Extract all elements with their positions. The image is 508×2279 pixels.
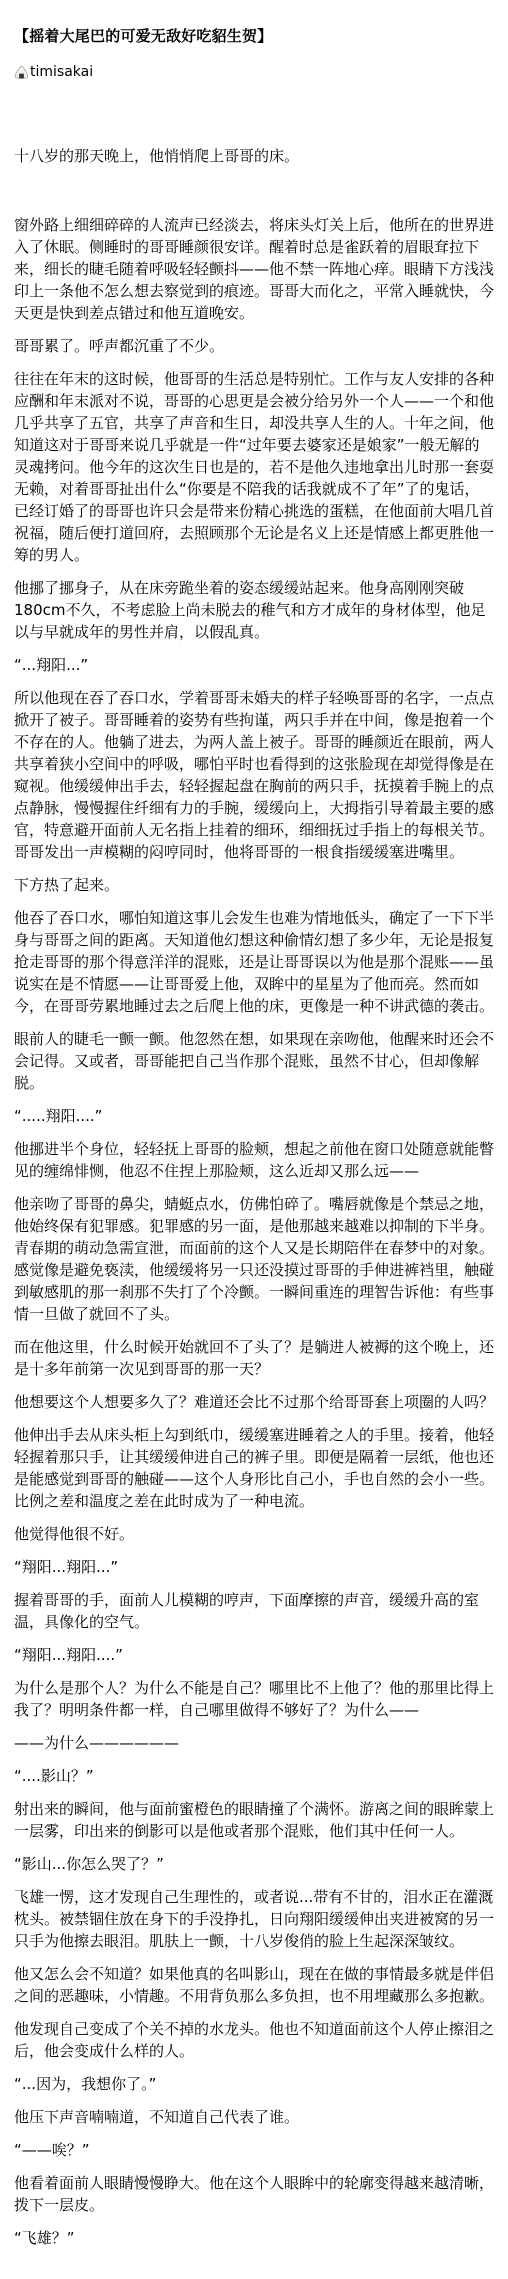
story-paragraph: ——为什么—————— (14, 1732, 494, 1754)
story-paragraph: 他压下声音喃喃道，不知道自己代表了谁。 (14, 2106, 494, 2128)
story-paragraph: 十八岁的那天晚上，他悄悄爬上哥哥的床。 (14, 145, 494, 167)
onigiri-icon (14, 65, 29, 80)
story-paragraph: 他吞了吞口水，哪怕知道这事儿会发生也难为情地低头，确定了一下下半身与哥哥之间的距… (14, 907, 494, 1017)
story-paragraph: 握着哥哥的手，面前人儿模糊的哼声，下面摩擦的声音，缓缓升高的室温，具像化的空气。 (14, 1589, 494, 1633)
story-paragraph: 哥哥累了。呼声都沉重了不少。 (14, 335, 494, 357)
story-paragraph: 他伸出手去从床头柜上勾到纸巾，缓缓塞进睡着之人的手里。接着，他轻轻握着那只手，让… (14, 1424, 494, 1512)
story-paragraph: 他亲吻了哥哥的鼻尖，蜻蜓点水，仿佛怕碎了。嘴唇就像是个禁忌之地，他始终保有犯罪感… (14, 1193, 494, 1325)
story-paragraph: 窗外路上细细碎碎的人流声已经淡去，将床头灯关上后，他所在的世界进入了休眠。侧睡时… (14, 214, 494, 324)
dialogue-line: “...因为，我想你了。” (14, 2073, 494, 2095)
story-paragraph: 他发现自己变成了个关不掉的水龙头。他也不知道面前这个人停止擦泪之后，他会变成什么… (14, 2018, 494, 2062)
story-paragraph: 而在他这里，什么时候开始就回不了头了？是躺进人被褥的这个晚上，还是十多年前第一次… (14, 1336, 494, 1380)
story-paragraph: 他挪进半个身位，轻轻抚上哥哥的脸颊，想起之前他在窗口处随意就能瞥见的缠绵悱恻，他… (14, 1138, 494, 1182)
dialogue-line: “...翔阳...” (14, 654, 494, 676)
author-name-link[interactable]: timisakai (30, 63, 93, 81)
story-paragraph: 他想要这个人想要多久了？难道还会比不过那个给哥哥套上项圈的人吗？ (14, 1391, 494, 1413)
story-title: 【摇着大尾巴的可爱无敌好吃貂生贺】 (14, 26, 494, 46)
story-page: 【摇着大尾巴的可爱无敌好吃貂生贺】 timisakai 十八岁的那天晚上，他悄悄… (0, 0, 508, 2279)
story-paragraph: 他觉得他很不好。 (14, 1523, 494, 1545)
story-paragraph: 他看着面前人眼睛慢慢睁大。他在这个人眼眸中的轮廓变得越来越清晰，拨下一层皮。 (14, 2172, 494, 2216)
story-paragraph: 往往在年末的这时候，他哥哥的生活总是特别忙。工作与友人安排的各种应酬和年末派对不… (14, 368, 494, 566)
story-paragraph: 射出来的瞬间，他与面前蜜橙色的眼睛撞了个满怀。游离之间的眼眸蒙上一层雾，印出来的… (14, 1798, 494, 1842)
dialogue-line: “影山...你怎么哭了？” (14, 1853, 494, 1875)
story-body: 十八岁的那天晚上，他悄悄爬上哥哥的床。窗外路上细细碎碎的人流声已经淡去，将床头灯… (14, 145, 494, 2249)
story-paragraph: 眼前人的睫毛一颤一颤。他忽然在想，如果现在亲吻他，他醒来时还会不会记得。又或者，… (14, 1028, 494, 1094)
story-paragraph: 他挪了挪身子，从在床旁跪坐着的姿态缓缓站起来。他身高刚刚突破180cm不久，不考… (14, 577, 494, 643)
story-paragraph: 飞雄一愣，这才发现自己生理性的，或者说...带有不甘的，泪水正在灌溉枕头。被禁锢… (14, 1886, 494, 1952)
dialogue-line: “翔阳...翔阳....” (14, 1644, 494, 1666)
author-row: timisakai (14, 63, 494, 81)
story-paragraph: 所以他现在吞了吞口水，学着哥哥未婚夫的样子轻唤哥哥的名字，一点点掀开了被子。哥哥… (14, 687, 494, 863)
dialogue-line: “.....翔阳....” (14, 1105, 494, 1127)
story-paragraph: 他又怎么会不知道？如果他真的名叫影山，现在在做的事情最多就是伴侣之间的恶趣味，小… (14, 1963, 494, 2007)
story-paragraph: 下方热了起来。 (14, 874, 494, 896)
dialogue-line: “飞雄？” (14, 2227, 494, 2249)
story-paragraph: 为什么是那个人？为什么不能是自己？哪里比不上他了？他的那里比得上我了？明明条件都… (14, 1677, 494, 1721)
dialogue-line: “翔阳...翔阳...” (14, 1556, 494, 1578)
dialogue-line: “....影山？” (14, 1765, 494, 1787)
dialogue-line: “——唉？” (14, 2139, 494, 2161)
